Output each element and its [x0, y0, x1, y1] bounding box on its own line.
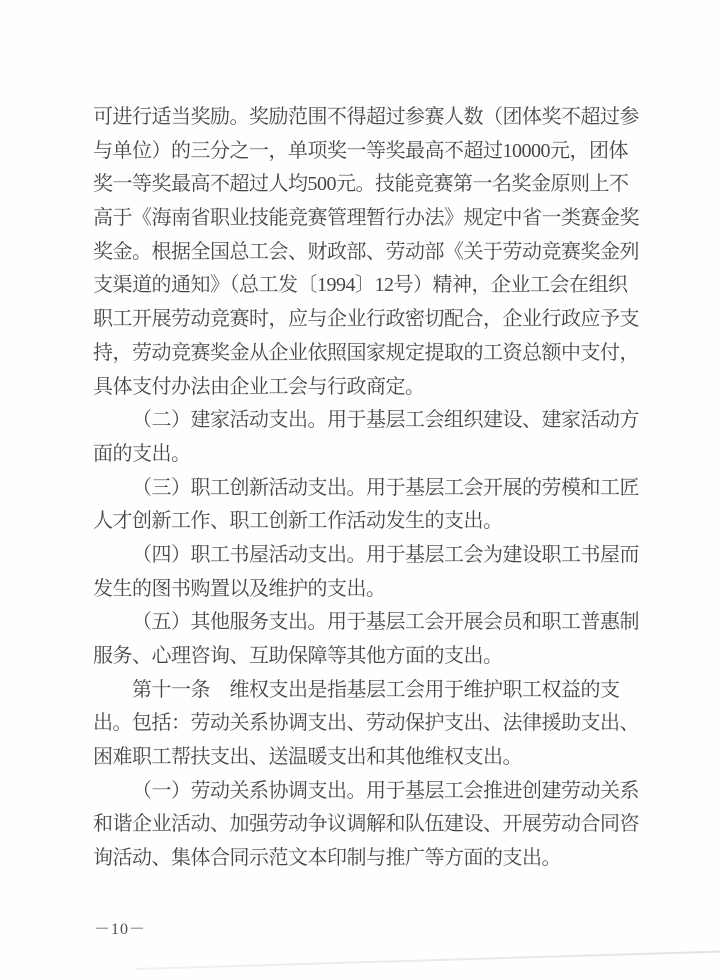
- text-line: 持，劳动竞赛奖金从企业依照国家规定提取的工资总额中支付，: [93, 337, 653, 371]
- text-line: 可进行适当奖励。奖励范围不得超过参赛人数（团体奖不超过参: [93, 101, 653, 135]
- text-line: 面的支出。: [93, 438, 653, 472]
- text-line: 发生的图书购置以及维护的支出。: [93, 573, 653, 607]
- text-line: 出。包括：劳动关系协调支出、劳动保护支出、法律援助支出、: [93, 707, 653, 741]
- scan-edge-artifact: [135, 951, 720, 970]
- text-line: 具体支付办法由企业工会与行政商定。: [93, 371, 653, 405]
- text-line: 高于《海南省职业技能竞赛管理暂行办法》规定中省一类赛金奖: [93, 202, 653, 236]
- text-line: （四）职工书屋活动支出。用于基层工会为建设职工书屋而: [93, 539, 653, 573]
- text-line: 奖一等奖最高不超过人均500元。技能竞赛第一名奖金原则上不: [93, 168, 653, 202]
- text-line: 困难职工帮扶支出、送温暖支出和其他维权支出。: [93, 741, 653, 775]
- text-line: 和谐企业活动、加强劳动争议调解和队伍建设、开展劳动合同咨: [93, 808, 653, 842]
- text-line: 人才创新工作、职工创新工作活动发生的支出。: [93, 505, 653, 539]
- text-line: 奖金。根据全国总工会、财政部、劳动部《关于劳动竞赛奖金列: [93, 236, 653, 270]
- text-line: （三）职工创新活动支出。用于基层工会开展的劳模和工匠: [93, 472, 653, 506]
- text-line: （五）其他服务支出。用于基层工会开展会员和职工普惠制: [93, 606, 653, 640]
- document-body-text: 可进行适当奖励。奖励范围不得超过参赛人数（团体奖不超过参与单位）的三分之一，单项…: [93, 101, 653, 876]
- text-line: （一）劳动关系协调支出。用于基层工会推进创建劳动关系: [93, 775, 653, 809]
- text-line: 支渠道的通知》（总工发〔1994〕12号）精神，企业工会在组织: [93, 269, 653, 303]
- text-line: 第十一条 维权支出是指基层工会用于维护职工权益的支: [93, 674, 653, 708]
- text-line: 与单位）的三分之一，单项奖一等奖最高不超过10000元，团体: [93, 135, 653, 169]
- text-line: 职工开展劳动竞赛时，应与企业行政密切配合，企业行政应予支: [93, 303, 653, 337]
- text-line: 询活动、集体合同示范文本印制与推广等方面的支出。: [93, 842, 653, 876]
- document-page: 可进行适当奖励。奖励范围不得超过参赛人数（团体奖不超过参与单位）的三分之一，单项…: [0, 0, 720, 980]
- text-line: 服务、心理咨询、互助保障等其他方面的支出。: [93, 640, 653, 674]
- page-number: －10－: [94, 916, 146, 939]
- text-line: （二）建家活动支出。用于基层工会组织建设、建家活动方: [93, 404, 653, 438]
